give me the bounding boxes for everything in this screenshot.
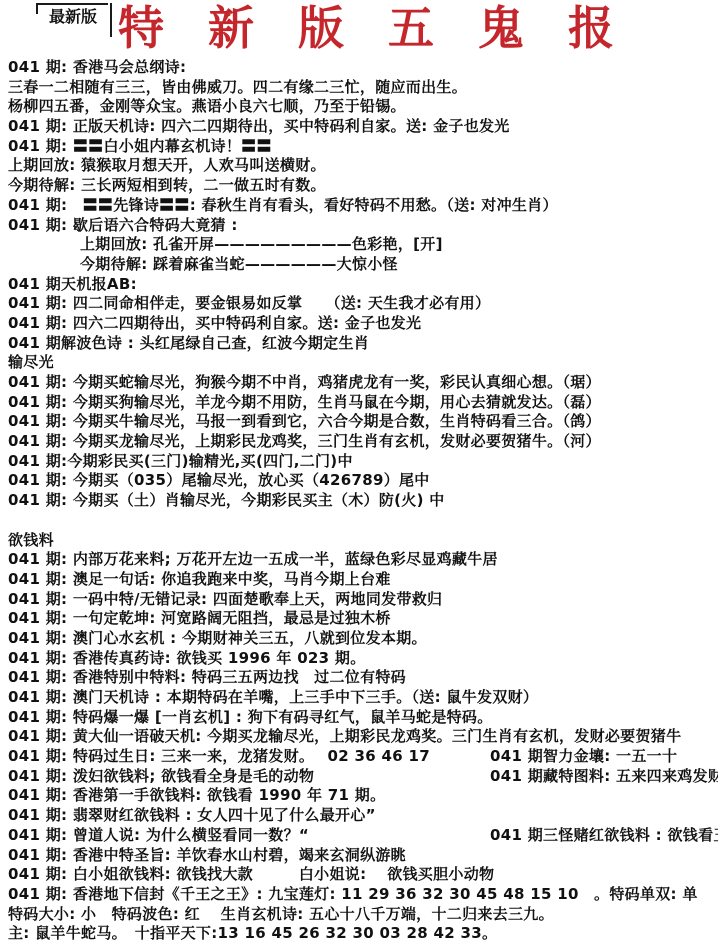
- report-line: 041 期: 今期买牛输尽光，马报一到看到它，六合今期是合数，生肖特码看三合。（…: [8, 412, 718, 432]
- line-text: 041 期: 香港第一手欲钱料: 欲钱看 1990 年 71 期。: [8, 786, 385, 806]
- page-title: 特新版五鬼报: [118, 0, 658, 56]
- line-text: 输尽光: [8, 353, 54, 373]
- line-text: 041 期: 香港特别中特料: 特码三五两边找 过二位有特码: [8, 668, 406, 688]
- report-line: 041 期: 今期买蛇输尽光，狗猴今期不中肖，鸡猪虎龙有一奖，彩民认真细心想。（…: [8, 373, 718, 393]
- report-line: 041 期: 澳门天机诗 : 本期特码在羊嘴，上三手中下三手。（送: 鼠牛发双财…: [8, 688, 718, 708]
- line-right-column-text: 041 期智力金壤: 一五一十: [490, 747, 677, 767]
- line-text: 041 期: 特码爆一爆 [一肖玄机] : 狗下有码寻红气，鼠羊马蛇是特码。: [8, 708, 493, 728]
- line-text: 今期待解: 踩着麻雀当蛇——————大惊小怪: [80, 255, 398, 275]
- line-text: 041 期: 香港地下信封《千王之王》: 九宝莲灯: 11 29 36 32 3…: [8, 885, 698, 905]
- report-line: 041 期: 白小姐欲钱料: 欲钱找大款 白小姐说: 欲钱买胆小动物: [8, 865, 718, 885]
- report-header: 最新版 特新版五鬼报: [0, 0, 718, 58]
- line-text: 三春一二相随有三三，皆由佛威刀。四二有缘二三忙，随应而出生。: [8, 78, 467, 98]
- report-line: 主: 鼠羊牛蛇马。 十指平天下:13 16 45 26 32 30 03 28 …: [8, 924, 718, 944]
- report-line: 041 期: 曾道人说: 为什么横竖看同一数？“041 期三怪赌红欲钱料 : 欲…: [8, 826, 718, 846]
- report-body: 041 期: 香港马会总纲诗: 三春一二相随有三三，皆由佛威刀。四二有缘二三忙，…: [0, 58, 718, 944]
- line-text: 041 期天机报AB:: [8, 275, 137, 295]
- report-line: 041 期: 四六二四期待出，买中特码利自家。送: 金子也发光: [8, 314, 718, 334]
- line-text: 主: 鼠羊牛蛇马。 十指平天下:13 16 45 26 32 30 03 28 …: [8, 924, 497, 944]
- report-line: 041 期:今期彩民买(三门)输精光,买(四门,二门)中: [8, 452, 718, 472]
- report-line: 041 期: 香港第一手欲钱料: 欲钱看 1990 年 71 期。: [8, 786, 718, 806]
- report-line: 041 期: 香港中特圣旨: 羊饮春水山村碧，竭来玄洞纵游眺: [8, 846, 718, 866]
- line-text: 041 期: 曾道人说: 为什么横竖看同一数？“: [8, 826, 309, 846]
- report-line: 041 期: 泼妇欲钱料; 欲钱看全身是毛的动物041 期藏特图料: 五来四来鸡…: [8, 767, 718, 787]
- line-text: 041 期: 四六二四期待出，买中特码利自家。送: 金子也发光: [8, 314, 421, 334]
- report-line: 041 期天机报AB:: [8, 275, 718, 295]
- report-line: 041 期: 翡翠财红欲钱料 : 女人四十见了什么最开心”: [8, 806, 718, 826]
- five-ghost-report-page: 最新版 特新版五鬼报 041 期: 香港马会总纲诗: 三春一二相随有三三，皆由佛…: [0, 0, 718, 950]
- report-line: 上期回放: 猿猴取月想天开，人欢马叫送横财。: [8, 156, 718, 176]
- report-line: [8, 511, 718, 531]
- report-line: 041 期: 黄大仙一语破天机: 今期买龙输尽光，上期彩民龙鸡奖。三门生肖有玄机…: [8, 727, 718, 747]
- line-text: 041 期: 今期买狗输尽光，羊龙今期不用防，生肖马鼠在今期，用心去猜就发达。（…: [8, 393, 601, 413]
- line-text: 041 期: 〓〓白小姐内幕玄机诗！〓〓: [8, 137, 272, 157]
- report-line: 三春一二相随有三三，皆由佛威刀。四二有缘二三忙，随应而出生。: [8, 78, 718, 98]
- line-text: 041 期: 内部万花来料; 万花开左边一五成一半，蓝绿色彩尽显鸡藏牛居: [8, 550, 498, 570]
- line-text: 041 期解波色诗 : 头红尾绿自己查，红波今期定生肖: [8, 334, 369, 354]
- report-line: 041 期: 正版天机诗: 四六二四期待出，买中特码利自家。送: 金子也发光: [8, 117, 718, 137]
- report-line: 041 期: 一码中特/无错记录: 四面楚歌奉上天，两地同发带救归: [8, 590, 718, 610]
- line-right-column-text: 041 期三怪赌红欲钱料 : 欲钱看玉帝: [490, 826, 718, 846]
- line-text: 欲钱料: [8, 531, 54, 551]
- report-line: 041 期: 〓〓先锋诗〓〓: 春秋生肖有看头，看好特码不用愁。（送: 对冲生肖…: [8, 196, 718, 216]
- line-text: 041 期: 正版天机诗: 四六二四期待出，买中特码利自家。送: 金子也发光: [8, 117, 510, 137]
- report-line: 上期回放: 孔雀开屏—————————色彩艳，[开]: [8, 235, 718, 255]
- line-text: 041 期: 歇后语六合特码大竟猜 :: [8, 216, 238, 236]
- report-line: 041 期: 今期买狗输尽光，羊龙今期不用防，生肖马鼠在今期，用心去猜就发达。（…: [8, 393, 718, 413]
- line-text: 041 期: 香港传真药诗: 欲钱买 1996 年 023 期。: [8, 649, 366, 669]
- line-text: 041 期: 今期买蛇输尽光，狗猴今期不中肖，鸡猪虎龙有一奖，彩民认真细心想。（…: [8, 373, 601, 393]
- line-text: 041 期: 一句定乾坤: 河宽路阔无阻挡，最忌是过独木桥: [8, 609, 391, 629]
- line-text: 上期回放: 孔雀开屏—————————色彩艳，[开]: [80, 235, 443, 255]
- report-line: 041 期: 香港特别中特料: 特码三五两边找 过二位有特码: [8, 668, 718, 688]
- line-text: 041 期: 一码中特/无错记录: 四面楚歌奉上天，两地同发带救归: [8, 590, 442, 610]
- report-line: 041 期: 〓〓白小姐内幕玄机诗！〓〓: [8, 137, 718, 157]
- line-text: 041 期: 澳足一句话: 你追我跑来中奖，马肖今期上台难: [8, 570, 391, 590]
- line-text: 041 期: 今期买（035）尾输尽光，放心买（426789）尾中: [8, 471, 430, 491]
- line-text: 杨柳四五番，金刚等众宝。燕语小良六七顺，乃至于铅锡。: [8, 97, 406, 117]
- report-line: 041 期: 四二同命相伴走，要金银易如反掌 （送: 天生我才必有用）: [8, 294, 718, 314]
- report-line: 041 期: 澳门心水玄机 : 今期财神关三五，八就到位发本期。: [8, 629, 718, 649]
- line-text: 041 期: 澳门天机诗 : 本期特码在羊嘴，上三手中下三手。（送: 鼠牛发双财…: [8, 688, 538, 708]
- line-text: 041 期: 今期买龙输尽光，上期彩民龙鸡奖，三门生肖有玄机，发财必要贺猪牛。（…: [8, 432, 601, 452]
- report-line: 杨柳四五番，金刚等众宝。燕语小良六七顺，乃至于铅锡。: [8, 97, 718, 117]
- report-line: 特码大小: 小 特码波色: 红 生肖玄机诗: 五心十八千万端，十二归来去三九。: [8, 905, 718, 925]
- report-line: 041 期: 澳足一句话: 你追我跑来中奖，马肖今期上台难: [8, 570, 718, 590]
- report-line: 041 期: 特码过生日: 三来一来，龙猪发财。 02 36 46 17041 …: [8, 747, 718, 767]
- line-text: 041 期: 香港马会总纲诗:: [8, 58, 186, 78]
- line-text: 041 期: 香港中特圣旨: 羊饮春水山村碧，竭来玄洞纵游眺: [8, 846, 406, 866]
- line-text: 041 期: 特码过生日: 三来一来，龙猪发财。 02 36 46 17: [8, 747, 430, 767]
- line-text: 041 期:今期彩民买(三门)输精光,买(四门,二门)中: [8, 452, 353, 472]
- report-line: 041 期: 香港传真药诗: 欲钱买 1996 年 023 期。: [8, 649, 718, 669]
- line-text: 041 期: 泼妇欲钱料; 欲钱看全身是毛的动物: [8, 767, 314, 787]
- report-line: 041 期解波色诗 : 头红尾绿自己查，红波今期定生肖: [8, 334, 718, 354]
- report-line: 输尽光: [8, 353, 718, 373]
- line-text: 041 期: 翡翠财红欲钱料 : 女人四十见了什么最开心”: [8, 806, 376, 826]
- line-text: 041 期: 四二同命相伴走，要金银易如反掌 （送: 天生我才必有用）: [8, 294, 490, 314]
- report-line: 041 期: 一句定乾坤: 河宽路阔无阻挡，最忌是过独木桥: [8, 609, 718, 629]
- report-line: 041 期: 香港马会总纲诗:: [8, 58, 718, 78]
- report-line: 041 期: 内部万花来料; 万花开左边一五成一半，蓝绿色彩尽显鸡藏牛居: [8, 550, 718, 570]
- report-line: 041 期: 今期买龙输尽光，上期彩民龙鸡奖，三门生肖有玄机，发财必要贺猪牛。（…: [8, 432, 718, 452]
- report-line: 041 期: 香港地下信封《千王之王》: 九宝莲灯: 11 29 36 32 3…: [8, 885, 718, 905]
- report-line: 今期待解: 踩着麻雀当蛇——————大惊小怪: [8, 255, 718, 275]
- line-text: 041 期: 今期买牛输尽光，马报一到看到它，六合今期是合数，生肖特码看三合。（…: [8, 412, 601, 432]
- line-text: 上期回放: 猿猴取月想天开，人欢马叫送横财。: [8, 156, 326, 176]
- line-text: 041 期: 今期买（土）肖输尽光，今期彩民买主（木）防(火) 中: [8, 491, 445, 511]
- line-text: 041 期: 澳门心水玄机 : 今期财神关三五，八就到位发本期。: [8, 629, 427, 649]
- report-line: 041 期: 今期买（土）肖输尽光，今期彩民买主（木）防(火) 中: [8, 491, 718, 511]
- line-text: 041 期: 白小姐欲钱料: 欲钱找大款 白小姐说: 欲钱买胆小动物: [8, 865, 494, 885]
- line-right-column-text: 041 期藏特图料: 五来四来鸡发财: [490, 767, 718, 787]
- line-text: 特码大小: 小 特码波色: 红 生肖玄机诗: 五心十八千万端，十二归来去三九。: [8, 905, 554, 925]
- report-line: 今期待解: 三长两短相到转，二一做五时有数。: [8, 176, 718, 196]
- line-text: 今期待解: 三长两短相到转，二一做五时有数。: [8, 176, 326, 196]
- report-line: 041 期: 歇后语六合特码大竟猜 :: [8, 216, 718, 236]
- report-line: 041 期: 特码爆一爆 [一肖玄机] : 狗下有码寻红气，鼠羊马蛇是特码。: [8, 708, 718, 728]
- line-text: 041 期: 黄大仙一语破天机: 今期买龙输尽光，上期彩民龙鸡奖。三门生肖有玄机…: [8, 727, 681, 747]
- edition-badge: 最新版: [38, 3, 108, 31]
- report-line: 041 期: 今期买（035）尾输尽光，放心买（426789）尾中: [8, 471, 718, 491]
- line-text: 041 期: 〓〓先锋诗〓〓: 春秋生肖有看头，看好特码不用愁。（送: 对冲生肖…: [8, 196, 558, 216]
- report-line: 欲钱料: [8, 531, 718, 551]
